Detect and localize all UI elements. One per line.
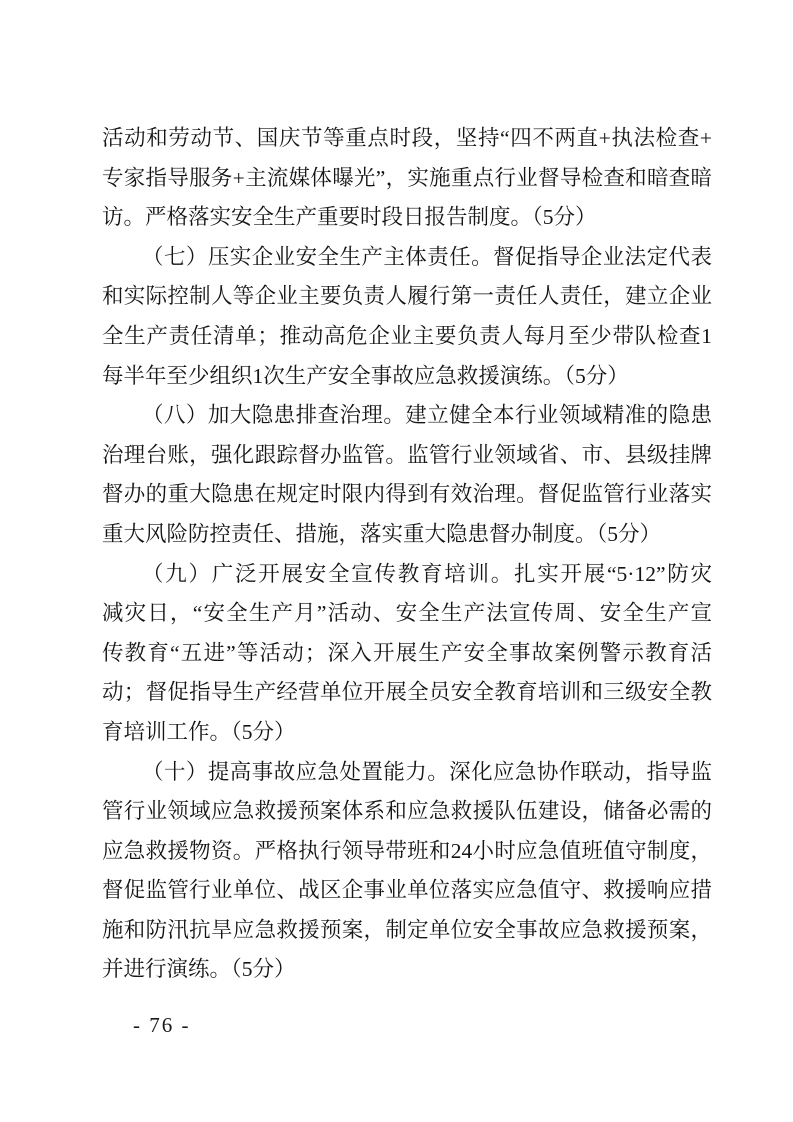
text-line: 每半年至少组织1次生产安全事故应急救援演练。（5分） — [102, 357, 712, 397]
text-line: 动；督促指导生产经营单位开展全员安全教育培训和三级安全教 — [102, 673, 712, 713]
item-7-paragraph: （七）压实企业安全生产主体责任。督促指导企业法定代表人和实际控制人等企业主要负责… — [102, 238, 712, 396]
text-line: 活动和劳动节、国庆节等重点时段，坚持“四不两直+执法检查+ — [102, 119, 712, 159]
text-line: 重大风险防控责任、措施，落实重大隐患督办制度。（5分） — [102, 515, 712, 555]
text-line: 育培训工作。（5分） — [102, 713, 712, 753]
text-line: （九）广泛开展安全宣传教育培训。扎实开展“5·12”防灾 — [102, 555, 712, 595]
text-line: 全生产责任清单；推动高危企业主要负责人每月至少带队检查1次； — [102, 317, 712, 357]
text-line: 并进行演练。（5分） — [102, 950, 712, 990]
text-line: （八）加大隐患排查治理。建立健全本行业领域精准的隐患 — [102, 396, 712, 436]
text-line: 专家指导服务+主流媒体曝光”，实施重点行业督导检查和暗查暗 — [102, 159, 712, 199]
text-line: 减灾日，“安全生产月”活动、安全生产法宣传周、安全生产宣 — [102, 594, 712, 634]
continuation-paragraph: 活动和劳动节、国庆节等重点时段，坚持“四不两直+执法检查+专家指导服务+主流媒体… — [102, 119, 712, 238]
text-line: 治理台账，强化跟踪督办监管。监管行业领域省、市、县级挂牌 — [102, 436, 712, 476]
text-line: 访。严格落实安全生产重要时段日报告制度。（5分） — [102, 198, 712, 238]
document-page: 活动和劳动节、国庆节等重点时段，坚持“四不两直+执法检查+专家指导服务+主流媒体… — [0, 0, 793, 1122]
item-8-paragraph: （八）加大隐患排查治理。建立健全本行业领域精准的隐患治理台账，强化跟踪督办监管。… — [102, 396, 712, 554]
document-body: 活动和劳动节、国庆节等重点时段，坚持“四不两直+执法检查+专家指导服务+主流媒体… — [102, 119, 712, 990]
page-number: - 76 - — [133, 1012, 191, 1038]
text-line: 应急救援物资。严格执行领导带班和24小时应急值班值守制度， — [102, 832, 712, 872]
text-line: （十）提高事故应急处置能力。深化应急协作联动，指导监 — [102, 753, 712, 793]
text-line: 管行业领域应急救援预案体系和应急救援队伍建设，储备必需的 — [102, 792, 712, 832]
text-line: 传教育“五进”等活动；深入开展生产安全事故案例警示教育活 — [102, 634, 712, 674]
text-line: （七）压实企业安全生产主体责任。督促指导企业法定代表人 — [102, 238, 712, 278]
text-line: 督办的重大隐患在规定时限内得到有效治理。督促监管行业落实 — [102, 475, 712, 515]
text-line: 施和防汛抗旱应急救援预案，制定单位安全事故应急救援预案， — [102, 911, 712, 951]
item-10-paragraph: （十）提高事故应急处置能力。深化应急协作联动，指导监管行业领域应急救援预案体系和… — [102, 753, 712, 991]
item-9-paragraph: （九）广泛开展安全宣传教育培训。扎实开展“5·12”防灾减灾日，“安全生产月”活… — [102, 555, 712, 753]
text-line: 督促监管行业单位、战区企事业单位落实应急值守、救援响应措 — [102, 871, 712, 911]
text-line: 和实际控制人等企业主要负责人履行第一责任人责任，建立企业安 — [102, 277, 712, 317]
